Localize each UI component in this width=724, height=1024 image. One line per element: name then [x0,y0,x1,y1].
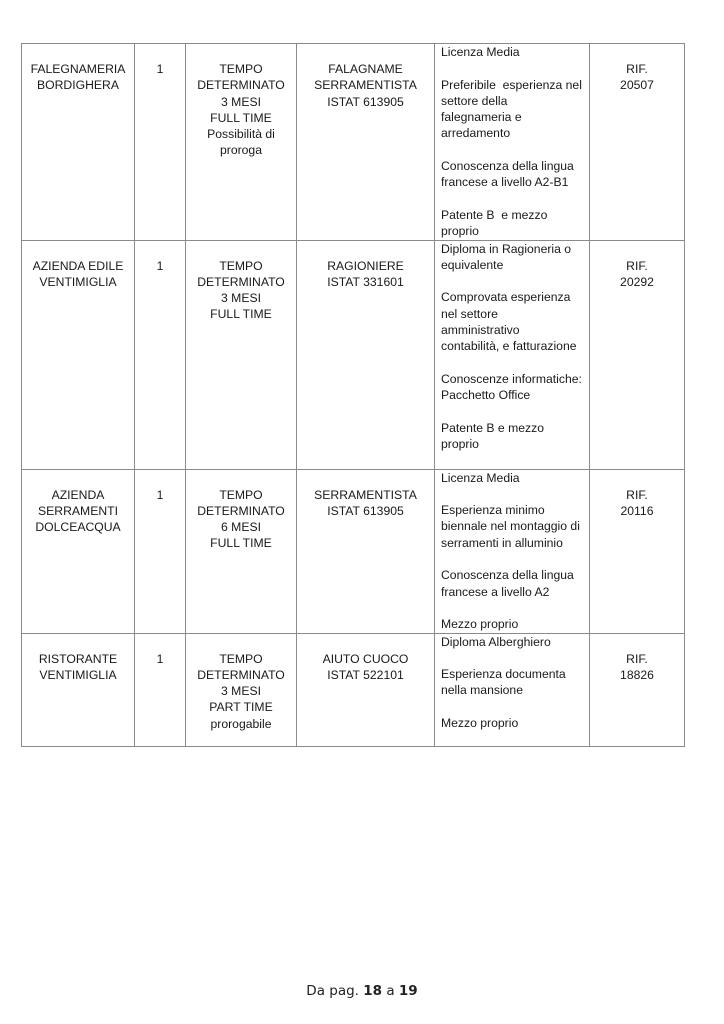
role-cell-line: ISTAT 613905 [297,94,434,110]
contract-cell: TEMPODETERMINATO3 MESIFULL TIME [186,240,297,469]
requirements-cell: Licenza MediaEsperienza minimobiennale n… [435,469,590,633]
contract-cell-line: DETERMINATO [186,503,296,519]
requirement-line: Conoscenza della lingua [441,158,583,174]
paragraph-gap [441,142,583,158]
company-cell-line: RISTORANTE [22,651,134,667]
reference-cell-line: 18826 [590,667,684,683]
company-cell-line: FALEGNAMERIA [22,61,134,77]
company-cell: AZIENDA EDILEVENTIMIGLIA [22,240,135,469]
requirement-line: Preferibile esperienza nel [441,77,583,93]
reference-cell: RIF.18826 [590,633,685,746]
requirement-line: Conoscenze informatiche: [441,371,583,387]
positions-cell: 1 [135,469,186,633]
role-cell-line: ISTAT 613905 [297,503,434,519]
contract-cell-line: 6 MESI [186,519,296,535]
paragraph-gap [441,551,583,567]
job-offers-table: FALEGNAMERIABORDIGHERA1TEMPODETERMINATO3… [21,43,685,747]
role-cell-line: RAGIONIERE [297,258,434,274]
role-cell-line: ISTAT 331601 [297,274,434,290]
requirement-line: settore della [441,93,583,109]
paragraph-gap [441,355,583,371]
company-cell: FALEGNAMERIABORDIGHERA [22,44,135,241]
positions-cell: 1 [135,240,186,469]
table-row: AZIENDA EDILEVENTIMIGLIA1TEMPODETERMINAT… [22,240,685,469]
contract-cell-line: prorogabile [186,716,296,732]
paragraph-gap [441,699,583,715]
requirement-line: Mezzo proprio [441,616,583,632]
contract-cell: TEMPODETERMINATO3 MESIPART TIMEprorogabi… [186,633,297,746]
requirement-line: Comprovata esperienza [441,289,583,305]
contract-cell-line: DETERMINATO [186,77,296,93]
positions-cell: 1 [135,633,186,746]
reference-cell: RIF.20507 [590,44,685,241]
total-pages-number: 19 [399,983,418,999]
requirement-line: arredamento [441,125,583,141]
company-cell-line: AZIENDA EDILE [22,258,134,274]
role-cell: FALAGNAMESERRAMENTISTAISTAT 613905 [297,44,435,241]
paragraph-gap [441,486,583,502]
requirement-line: Mezzo proprio [441,715,583,731]
contract-cell: TEMPODETERMINATO6 MESIFULL TIME [186,469,297,633]
contract-cell-line: DETERMINATO [186,274,296,290]
reference-cell-line: RIF. [590,487,684,503]
footer-prefix: Da pag. [306,983,363,999]
paragraph-gap [441,273,583,289]
company-cell: AZIENDASERRAMENTIDOLCEACQUA [22,469,135,633]
role-cell-line: SERRAMENTISTA [297,487,434,503]
reference-cell-line: RIF. [590,61,684,77]
requirement-line: Diploma in Ragioneria o [441,241,583,257]
requirement-line: amministrativo [441,322,583,338]
contract-cell-line: FULL TIME [186,306,296,322]
page-footer: Da pag. 18 a 19 [0,983,724,999]
table-row: RISTORANTEVENTIMIGLIA1TEMPODETERMINATO3 … [22,633,685,746]
role-cell: SERRAMENTISTAISTAT 613905 [297,469,435,633]
contract-cell-line: proroga [186,142,296,158]
role-cell: AIUTO CUOCOISTAT 522101 [297,633,435,746]
reference-cell-line: RIF. [590,651,684,667]
contract-cell-line: TEMPO [186,61,296,77]
contract-cell-line: DETERMINATO [186,667,296,683]
requirement-line: Patente B e mezzo [441,420,583,436]
role-cell-line: AIUTO CUOCO [297,651,434,667]
requirement-line: contabilità, e fatturazione [441,338,583,354]
requirement-line: equivalente [441,257,583,273]
company-cell-line: SERRAMENTI [22,503,134,519]
contract-cell-line: FULL TIME [186,535,296,551]
requirements-cell: Diploma AlberghieroEsperienza documentan… [435,633,590,746]
reference-cell-line: RIF. [590,258,684,274]
table-row: FALEGNAMERIABORDIGHERA1TEMPODETERMINATO3… [22,44,685,241]
positions-count: 1 [135,651,185,667]
paragraph-gap [441,650,583,666]
table-row: AZIENDASERRAMENTIDOLCEACQUA1TEMPODETERMI… [22,469,685,633]
requirement-line: Licenza Media [441,470,583,486]
contract-cell-line: 3 MESI [186,290,296,306]
company-cell-line: VENTIMIGLIA [22,274,134,290]
positions-cell: 1 [135,44,186,241]
requirement-line: nel settore [441,306,583,322]
positions-count: 1 [135,258,185,274]
requirement-line: Patente B e mezzo [441,207,583,223]
paragraph-gap [441,404,583,420]
company-cell-line: AZIENDA [22,487,134,503]
paragraph-gap [441,60,583,76]
requirement-line: Esperienza minimo [441,502,583,518]
paragraph-gap [441,600,583,616]
role-cell-line: SERRAMENTISTA [297,77,434,93]
contract-cell-line: FULL TIME [186,110,296,126]
reference-cell: RIF.20292 [590,240,685,469]
reference-cell-line: 20507 [590,77,684,93]
contract-cell-line: 3 MESI [186,683,296,699]
positions-count: 1 [135,487,185,503]
contract-cell-line: TEMPO [186,651,296,667]
requirement-line: nella mansione [441,682,583,698]
contract-cell-line: Possibilità di [186,126,296,142]
requirement-line: Conoscenza della lingua [441,567,583,583]
requirements-cell: Diploma in Ragioneria oequivalenteCompro… [435,240,590,469]
requirement-line: proprio [441,223,583,239]
reference-cell-line: 20116 [590,503,684,519]
requirement-line: falegnameria e [441,109,583,125]
contract-cell-line: PART TIME [186,699,296,715]
requirement-line: proprio [441,436,583,452]
reference-cell-line: 20292 [590,274,684,290]
requirement-line: Diploma Alberghiero [441,634,583,650]
company-cell-line: DOLCEACQUA [22,519,134,535]
requirement-line: biennale nel montaggio di [441,518,583,534]
requirement-line: serramenti in alluminio [441,535,583,551]
positions-count: 1 [135,61,185,77]
contract-cell-line: TEMPO [186,487,296,503]
reference-cell: RIF.20116 [590,469,685,633]
company-cell-line: BORDIGHERA [22,77,134,93]
contract-cell: TEMPODETERMINATO3 MESIFULL TIMEPossibili… [186,44,297,241]
requirement-line: francese a livello A2-B1 [441,174,583,190]
requirement-line: Pacchetto Office [441,387,583,403]
requirement-line: Licenza Media [441,44,583,60]
role-cell: RAGIONIEREISTAT 331601 [297,240,435,469]
requirement-line: Esperienza documenta [441,666,583,682]
current-page-number: 18 [363,983,382,999]
role-cell-line: ISTAT 522101 [297,667,434,683]
contract-cell-line: TEMPO [186,258,296,274]
contract-cell-line: 3 MESI [186,94,296,110]
paragraph-gap [441,191,583,207]
footer-separator: a [382,983,399,999]
company-cell-line: VENTIMIGLIA [22,667,134,683]
requirement-line: francese a livello A2 [441,584,583,600]
role-cell-line: FALAGNAME [297,61,434,77]
requirements-cell: Licenza MediaPreferibile esperienza nels… [435,44,590,241]
company-cell: RISTORANTEVENTIMIGLIA [22,633,135,746]
